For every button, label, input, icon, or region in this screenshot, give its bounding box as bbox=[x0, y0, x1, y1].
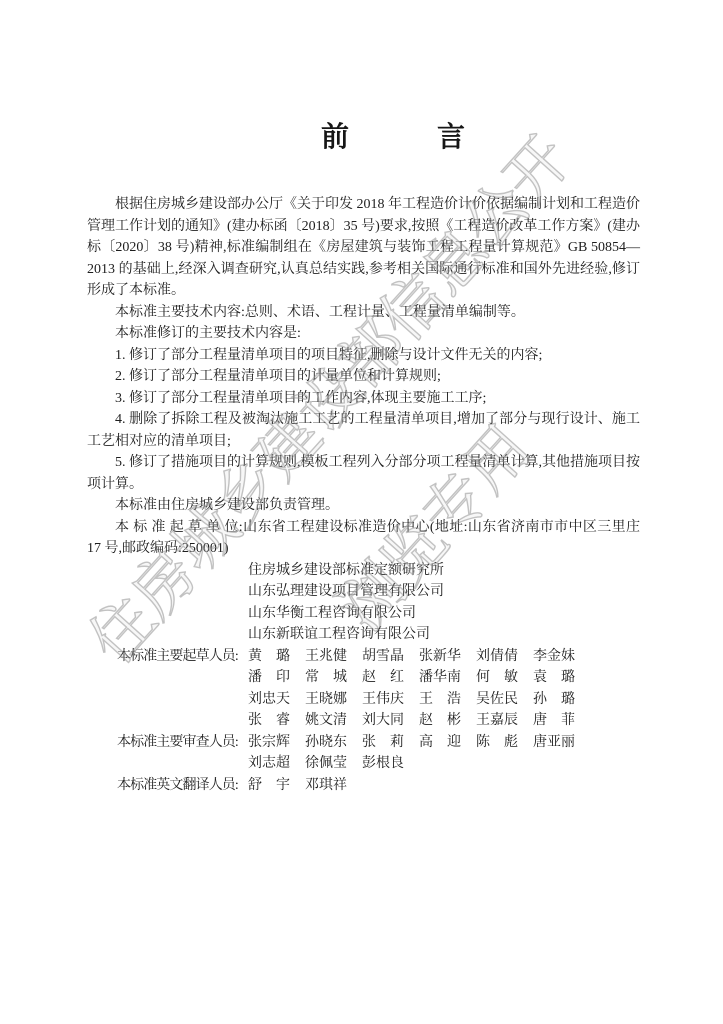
person-name: 潘 印 bbox=[248, 667, 290, 689]
person-name: 唐 菲 bbox=[533, 710, 575, 732]
person-name: 何 敏 bbox=[476, 667, 518, 689]
person-name: 刘大同 bbox=[362, 710, 404, 732]
organization-name: 住房城乡建设部标准定额研究所 bbox=[248, 560, 640, 582]
person-name: 王 浩 bbox=[419, 689, 461, 711]
paragraph-revision-item-4: 4. 删除了拆除工程及被淘汰施工工艺的工程量清单项目,增加了部分与现行设计、施工… bbox=[87, 409, 640, 452]
organization-name: 山东弘理建设项目管理有限公司 bbox=[248, 581, 640, 603]
person-name: 常 城 bbox=[305, 667, 347, 689]
person-name: 唐亚丽 bbox=[533, 732, 575, 754]
paragraph-revision-item-3: 3. 修订了部分工程量清单项目的工作内容,体现主要施工工序; bbox=[87, 388, 640, 410]
paragraph-revision-item-2: 2. 修订了部分工程量清单项目的计量单位和计算规则; bbox=[87, 366, 640, 388]
page-title: 前 言 bbox=[87, 118, 640, 158]
person-name: 赵 红 bbox=[362, 667, 404, 689]
reviewers-label: 本标准主要审查人员: bbox=[87, 732, 248, 754]
paragraph-revision-item-5: 5. 修订了措施项目的计算规则,模板工程列入分部分项工程量清单计算,其他措施项目… bbox=[87, 452, 640, 495]
drafters-row: 本标准主要起草人员: 黄 璐 王兆健 胡雪晶 张新华 刘倩倩 李金妹 bbox=[87, 646, 640, 668]
organization-name: 山东新联谊工程咨询有限公司 bbox=[248, 624, 640, 646]
person-name: 姚文清 bbox=[305, 710, 347, 732]
translators-label: 本标准英文翻译人员: bbox=[87, 775, 248, 797]
person-name: 张宗辉 bbox=[248, 732, 290, 754]
person-name: 高 迎 bbox=[419, 732, 461, 754]
drafters-row: 潘 印 常 城 赵 红 潘华南 何 敏 袁 璐 bbox=[87, 667, 640, 689]
person-name: 刘倩倩 bbox=[476, 646, 518, 668]
paragraph-main-content: 本标准主要技术内容:总则、术语、工程计量、工程量清单编制等。 bbox=[87, 302, 640, 324]
person-name: 黄 璐 bbox=[248, 646, 290, 668]
person-name: 吴佐民 bbox=[476, 689, 518, 711]
person-name: 舒 宇 bbox=[248, 775, 290, 797]
person-name: 张新华 bbox=[419, 646, 461, 668]
drafters-label: 本标准主要起草人员: bbox=[87, 646, 248, 668]
reviewers-row: 刘志超 徐佩莹 彭根良 bbox=[87, 753, 640, 775]
person-name: 胡雪晶 bbox=[362, 646, 404, 668]
drafting-organizations: 住房城乡建设部标准定额研究所 山东弘理建设项目管理有限公司 山东华衡工程咨询有限… bbox=[248, 560, 640, 646]
paragraph-drafting-unit: 本 标 准 起 草 单 位:山东省工程建设标准造价中心(地址:山东省济南市市中区… bbox=[87, 517, 640, 560]
person-name: 赵 彬 bbox=[419, 710, 461, 732]
person-name: 徐佩莹 bbox=[305, 753, 347, 775]
person-name: 孙晓东 bbox=[305, 732, 347, 754]
translators-row: 本标准英文翻译人员: 舒 宇 邓琪祥 bbox=[87, 775, 640, 797]
person-name: 王晓娜 bbox=[305, 689, 347, 711]
person-name: 刘志超 bbox=[248, 753, 290, 775]
organization-name: 山东华衡工程咨询有限公司 bbox=[248, 603, 640, 625]
reviewers-row: 本标准主要审查人员: 张宗辉 孙晓东 张 莉 高 迎 陈 彪 唐亚丽 bbox=[87, 732, 640, 754]
person-name: 彭根良 bbox=[362, 753, 404, 775]
document-page: 住房城乡建设部信息公开 浏览专用 前 言 根据住房城乡建设部办公厅《关于印发 2… bbox=[0, 0, 723, 1024]
drafters-row: 张 睿 姚文清 刘大同 赵 彬 王嘉辰 唐 菲 bbox=[87, 710, 640, 732]
person-name: 潘华南 bbox=[419, 667, 461, 689]
person-name: 袁 璐 bbox=[533, 667, 575, 689]
person-name: 张 睿 bbox=[248, 710, 290, 732]
paragraph-revision-item-1: 1. 修订了部分工程量清单项目的项目特征,删除与设计文件无关的内容; bbox=[87, 345, 640, 367]
person-name: 孙 璐 bbox=[533, 689, 575, 711]
person-name: 王伟庆 bbox=[362, 689, 404, 711]
page-content: 前 言 根据住房城乡建设部办公厅《关于印发 2018 年工程造价计价依据编制计划… bbox=[87, 118, 640, 796]
paragraph-management: 本标准由住房城乡建设部负责管理。 bbox=[87, 495, 640, 517]
paragraph-revision-intro: 本标准修订的主要技术内容是: bbox=[87, 323, 640, 345]
person-name: 张 莉 bbox=[362, 732, 404, 754]
person-name: 王兆健 bbox=[305, 646, 347, 668]
person-name: 邓琪祥 bbox=[305, 775, 347, 797]
person-name: 陈 彪 bbox=[476, 732, 518, 754]
person-name: 刘忠天 bbox=[248, 689, 290, 711]
person-name: 王嘉辰 bbox=[476, 710, 518, 732]
person-name: 李金妹 bbox=[533, 646, 575, 668]
paragraph-intro: 根据住房城乡建设部办公厅《关于印发 2018 年工程造价计价依据编制计划和工程造… bbox=[87, 194, 640, 302]
drafters-row: 刘忠天 王晓娜 王伟庆 王 浩 吴佐民 孙 璐 bbox=[87, 689, 640, 711]
